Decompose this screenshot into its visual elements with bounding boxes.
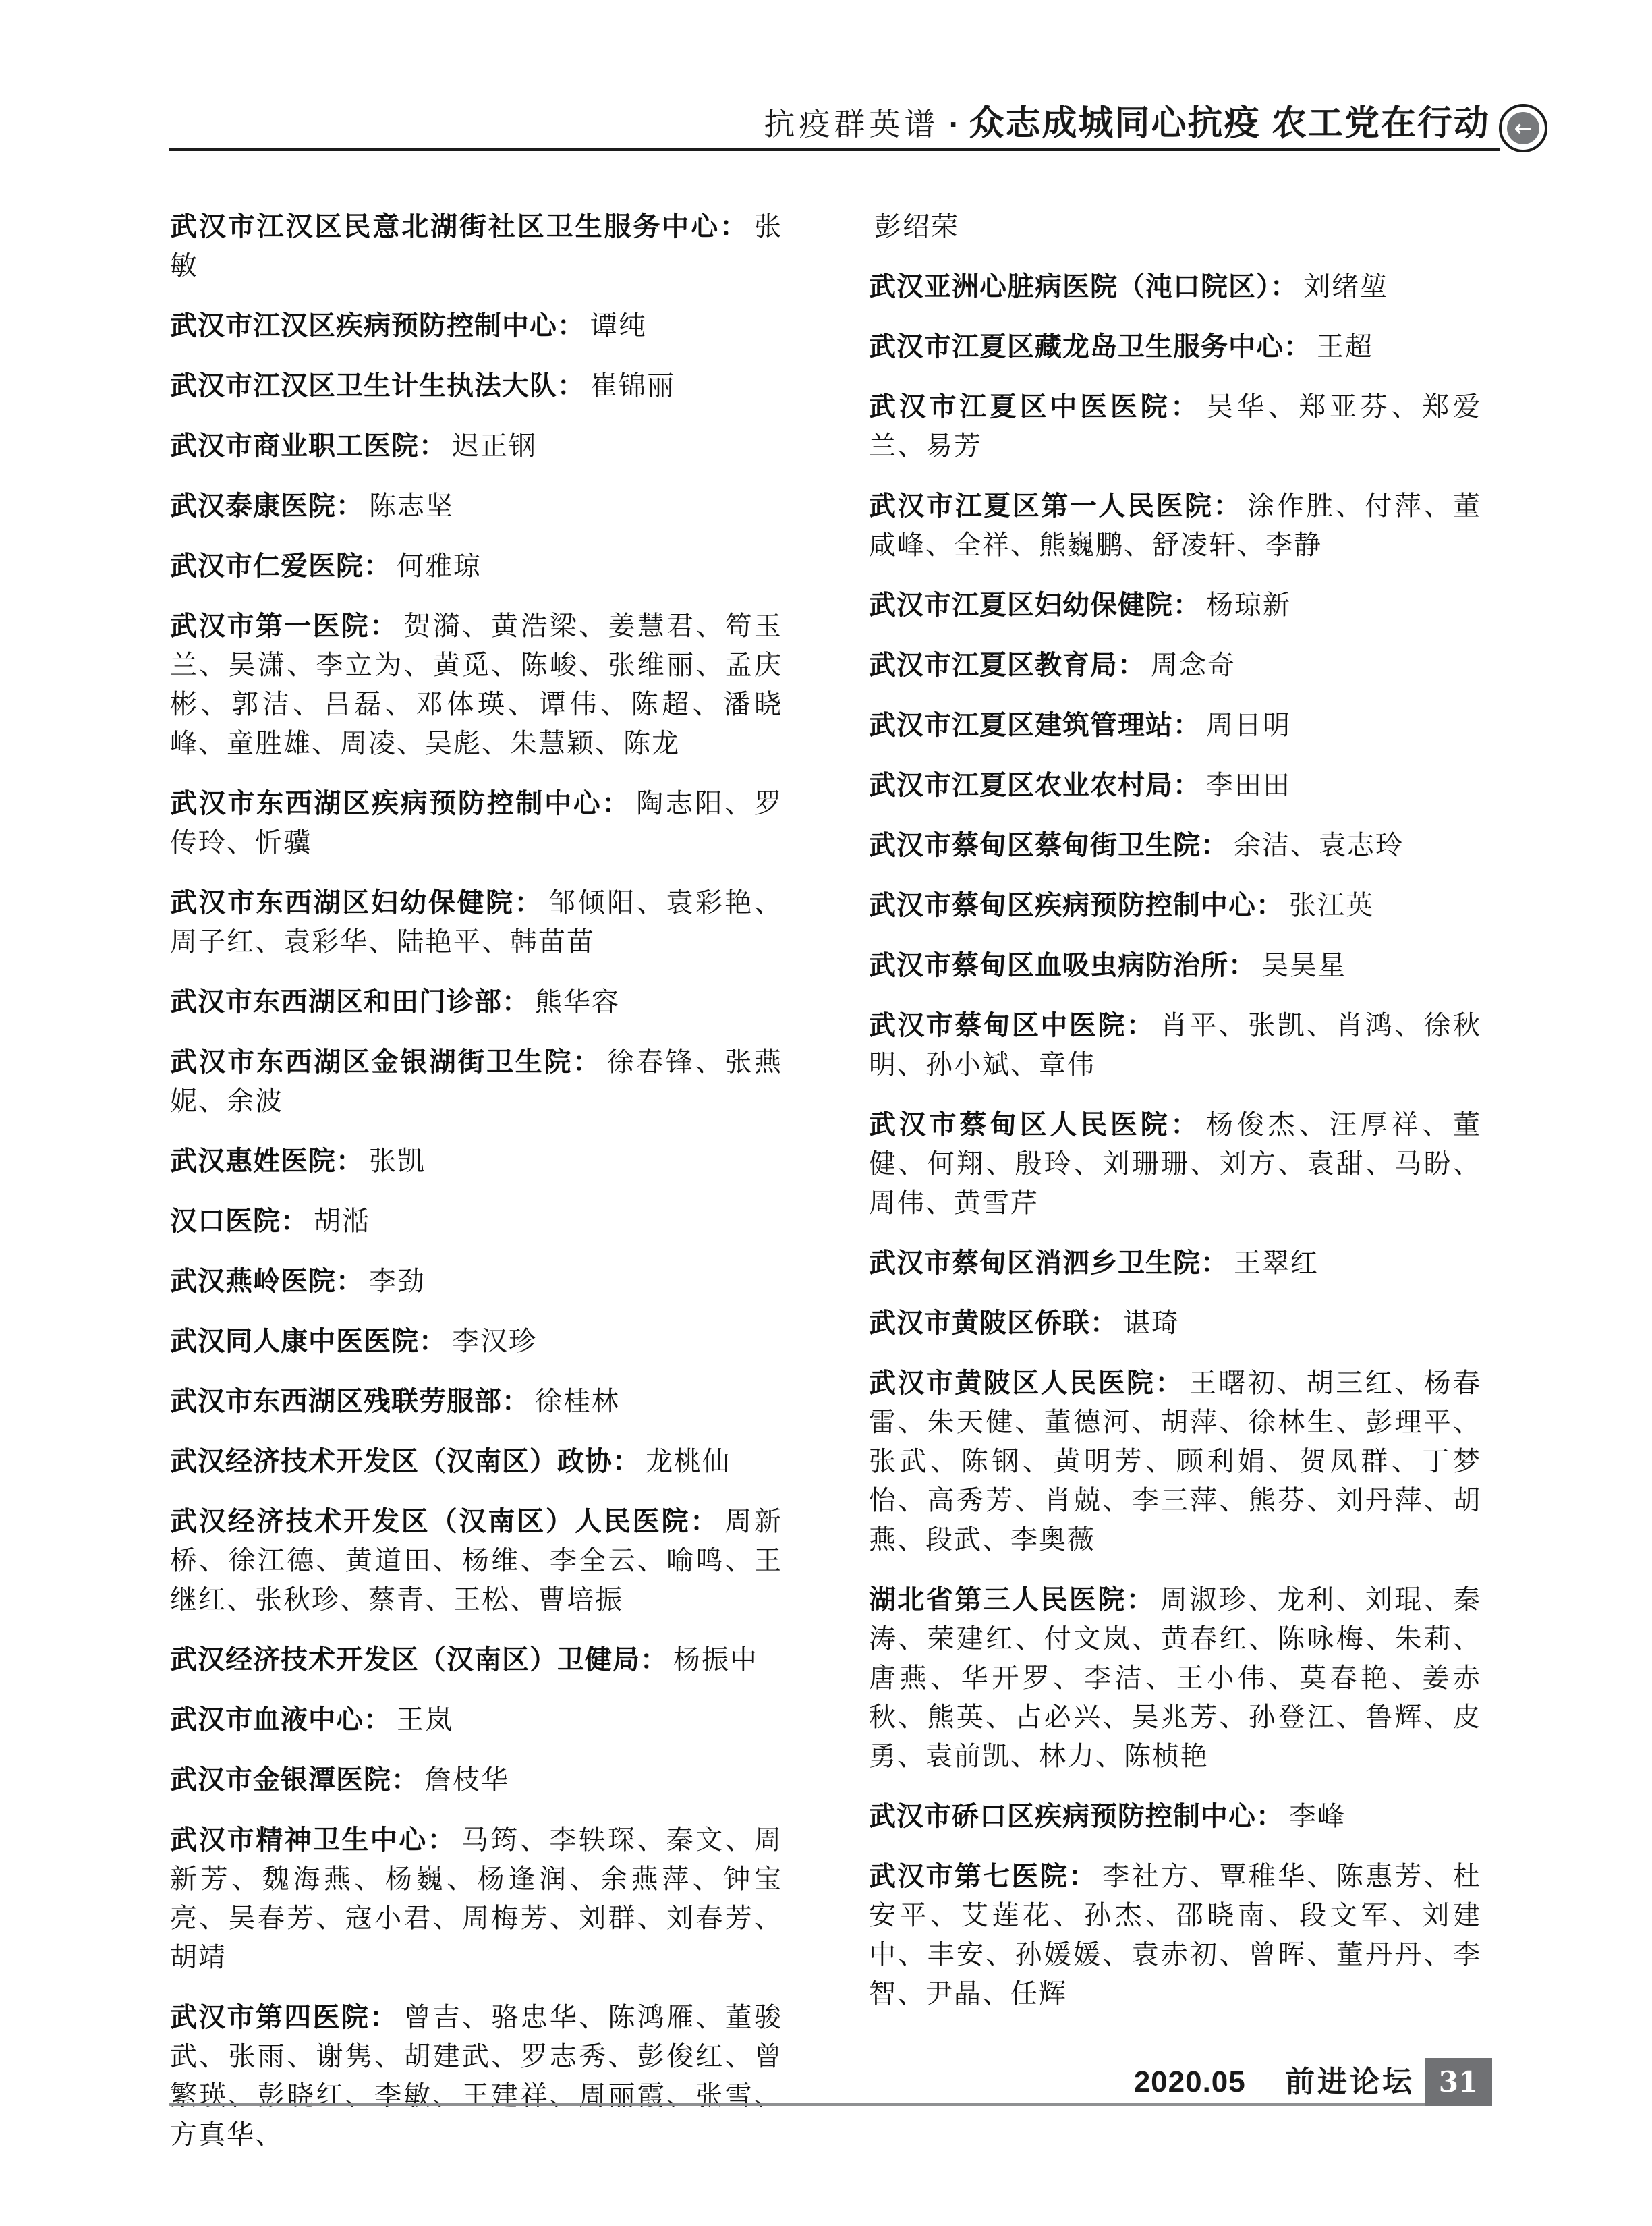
org-name: 武汉同人康中医医院： <box>170 1327 447 1356</box>
person-names: 张江英 <box>1289 890 1374 921</box>
roster-entry: 彭绍荣 <box>869 207 1481 246</box>
org-name: 武汉市江汉区民意北湖街社区卫生服务中心： <box>170 212 749 242</box>
roster-entry: 武汉市江夏区第一人民医院：涂作胜、付萍、董咸峰、全祥、熊巍鹏、舒凌轩、李静 <box>869 486 1481 565</box>
org-name: 武汉市第四医院： <box>170 2003 398 2032</box>
org-name: 武汉市血液中心： <box>170 1705 391 1735</box>
person-names: 彭绍荣 <box>874 211 959 242</box>
roster-entry: 武汉市东西湖区残联劳服部：徐桂林 <box>170 1382 782 1421</box>
roster-entry: 武汉亚洲心脏病医院（沌口院区）：刘绪堃 <box>869 267 1481 306</box>
roster-column-left: 武汉市江汉区民意北湖街社区卫生服务中心：张敏 武汉市江汉区疾病预防控制中心：谭纯… <box>170 207 782 2175</box>
org-name: 武汉市仁爱医院： <box>170 551 391 581</box>
org-name: 湖北省第三人民医院： <box>869 1585 1155 1615</box>
roster-entry: 武汉市江夏区农业农村局：李田田 <box>869 766 1481 805</box>
roster-entry: 武汉同人康中医医院：李汉珍 <box>170 1322 782 1361</box>
roster-entry: 武汉市东西湖区和田门诊部：熊华容 <box>170 982 782 1022</box>
footer-issue-date: 2020.05 <box>1134 2065 1246 2098</box>
person-names: 崔锦丽 <box>590 370 675 401</box>
org-name: 武汉市江夏区中医医院： <box>869 392 1201 422</box>
roster-entry: 武汉市蔡甸区蔡甸街卫生院：余洁、袁志玲 <box>869 826 1481 865</box>
org-name: 武汉亚洲心脏病医院（沌口院区）： <box>869 272 1298 302</box>
arrow-left-icon: ← <box>1507 112 1539 144</box>
roster-entry: 武汉市第一医院：贺漪、黄浩梁、姜慧君、笱玉兰、吴潇、李立为、黄觅、陈峻、张维丽、… <box>170 607 782 763</box>
person-names: 余洁、袁志玲 <box>1234 830 1404 861</box>
org-name: 武汉市江夏区妇幼保健院： <box>869 590 1201 620</box>
org-name: 武汉市金银潭医院： <box>170 1765 419 1795</box>
org-name: 武汉市江夏区建筑管理站： <box>869 711 1201 740</box>
org-name: 武汉市第一医院： <box>170 611 398 641</box>
roster-entry: 武汉市黄陂区侨联：谌琦 <box>869 1304 1481 1343</box>
org-name: 武汉市江夏区第一人民医院： <box>869 491 1242 521</box>
person-names: 谌琦 <box>1123 1308 1180 1339</box>
person-names: 胡湉 <box>314 1206 370 1237</box>
roster-entry: 武汉市东西湖区妇幼保健院：邹倾阳、袁彩艳、周子红、袁彩华、陆艳平、韩苗苗 <box>170 883 782 962</box>
org-name: 武汉市精神卫生中心： <box>170 1825 456 1855</box>
org-name: 武汉经济技术开发区（汉南区）人民医院： <box>170 1507 719 1536</box>
org-name: 武汉市东西湖区妇幼保健院： <box>170 888 543 918</box>
footer-rule-line <box>169 2103 1492 2106</box>
footer-journal-name: 前进论坛 <box>1285 2065 1415 2099</box>
roster-entry: 武汉市蔡甸区血吸虫病防治所：吴昊星 <box>869 946 1481 985</box>
roster-entry: 武汉市东西湖区金银湖街卫生院：徐春锋、张燕妮、余波 <box>170 1042 782 1121</box>
org-name: 武汉市蔡甸区人民医院： <box>869 1110 1201 1140</box>
roster-entry: 武汉市江汉区卫生计生执法大队：崔锦丽 <box>170 366 782 406</box>
org-name: 武汉市江夏区农业农村局： <box>869 771 1201 800</box>
roster-entry: 武汉市江夏区中医医院：吴华、郑亚芬、郑爱兰、易芳 <box>869 387 1481 466</box>
org-name: 武汉市蔡甸区血吸虫病防治所： <box>869 951 1256 980</box>
roster-entry: 武汉市东西湖区疾病预防控制中心：陶志阳、罗传玲、忻骥 <box>170 784 782 862</box>
person-names: 王翠红 <box>1234 1248 1319 1279</box>
person-names: 李劲 <box>369 1266 426 1297</box>
roster-entry: 武汉市黄陂区人民医院：王曙初、胡三红、杨春雷、朱天健、董德河、胡萍、徐林生、彭理… <box>869 1364 1481 1559</box>
person-names: 李汉珍 <box>452 1326 537 1357</box>
org-name: 武汉市东西湖区残联劳服部： <box>170 1387 530 1416</box>
org-name: 武汉市蔡甸区疾病预防控制中心： <box>869 891 1284 920</box>
roster-entry: 武汉市硚口区疾病预防控制中心：李峰 <box>869 1797 1481 1836</box>
roster-entry: 武汉燕岭医院：李劲 <box>170 1262 782 1301</box>
person-names: 刘绪堃 <box>1303 271 1388 302</box>
header-title-text: 众志成城同心抗疫 农工党在行动 <box>969 104 1490 143</box>
org-name: 武汉市东西湖区和田门诊部： <box>170 987 530 1017</box>
org-name: 武汉市江夏区教育局： <box>869 650 1145 680</box>
org-name: 武汉泰康医院： <box>170 491 364 521</box>
page-number-badge: 31 <box>1425 2058 1492 2106</box>
roster-entry: 武汉经济技术开发区（汉南区）人民医院：周新桥、徐江德、黄道田、杨维、李全云、喻鸣… <box>170 1502 782 1619</box>
magazine-page: 抗疫群英谱 · 众志成城同心抗疫 农工党在行动 ← 武汉市江汉区民意北湖街社区卫… <box>0 0 1652 2226</box>
roster-entry: 武汉市蔡甸区消泗乡卫生院：王翠红 <box>869 1244 1481 1283</box>
roster-entry: 武汉市江夏区妇幼保健院：杨琼新 <box>869 586 1481 625</box>
roster-entry: 武汉市蔡甸区人民医院：杨俊杰、汪厚祥、董健、何翔、殷玲、刘珊珊、刘方、袁甜、马盼… <box>869 1105 1481 1223</box>
header-separator-dot: · <box>949 107 959 142</box>
org-name: 武汉燕岭医院： <box>170 1267 364 1296</box>
roster-entry: 武汉市江夏区建筑管理站：周日明 <box>869 706 1481 745</box>
person-names: 周日明 <box>1206 710 1291 741</box>
person-names: 王超 <box>1317 331 1373 362</box>
person-names: 何雅琼 <box>397 551 482 582</box>
roster-entry: 武汉市江夏区教育局：周念奇 <box>869 646 1481 685</box>
roster-entry: 武汉市血液中心：王岚 <box>170 1700 782 1740</box>
org-name: 武汉市黄陂区人民医院： <box>869 1368 1184 1398</box>
roster-entry: 武汉市蔡甸区中医院：肖平、张凯、肖鸿、徐秋明、孙小斌、章伟 <box>869 1006 1481 1084</box>
person-names: 周念奇 <box>1151 650 1236 681</box>
person-names: 杨振中 <box>673 1644 758 1675</box>
roster-entry: 武汉市江汉区民意北湖街社区卫生服务中心：张敏 <box>170 207 782 285</box>
roster-entry: 武汉市第四医院：曾吉、骆忠华、陈鸿雁、董骏武、张雨、谢隽、胡建武、罗志秀、彭俊红… <box>170 1998 782 2154</box>
roster-entry: 武汉泰康医院：陈志坚 <box>170 486 782 526</box>
person-names: 熊华容 <box>535 986 620 1018</box>
org-name: 武汉经济技术开发区（汉南区）政协： <box>170 1447 640 1476</box>
roster-entry: 武汉市江汉区疾病预防控制中心：谭纯 <box>170 306 782 345</box>
header-rule-line <box>169 148 1500 151</box>
org-name: 武汉市商业职工医院： <box>170 431 447 461</box>
header-series-label: 抗疫群英谱 <box>764 106 939 142</box>
person-names: 吴昊星 <box>1261 950 1346 981</box>
org-name: 武汉惠姓医院： <box>170 1146 364 1176</box>
person-names: 张凯 <box>369 1146 426 1177</box>
org-name: 武汉市蔡甸区中医院： <box>869 1011 1155 1040</box>
roster-entry: 湖北省第三人民医院：周淑珍、龙利、刘琨、秦涛、荣建红、付文岚、黄春红、陈咏梅、朱… <box>869 1580 1481 1776</box>
roster-entry: 武汉市金银潭医院：詹枝华 <box>170 1760 782 1800</box>
person-names: 谭纯 <box>590 310 647 341</box>
person-names: 龙桃仙 <box>646 1446 731 1477</box>
roster-entry: 武汉经济技术开发区（汉南区）政协：龙桃仙 <box>170 1442 782 1481</box>
person-names: 陈志坚 <box>369 491 454 522</box>
back-loop-icon: ← <box>1499 104 1547 152</box>
footer-meta: 2020.05 前进论坛 <box>1134 2062 1415 2103</box>
roster-entry: 武汉市蔡甸区疾病预防控制中心：张江英 <box>869 886 1481 925</box>
person-names: 杨琼新 <box>1206 590 1291 621</box>
person-names: 王岚 <box>397 1704 453 1735</box>
org-name: 汉口医院： <box>170 1206 308 1236</box>
roster-entry: 武汉经济技术开发区（汉南区）卫健局：杨振中 <box>170 1640 782 1679</box>
roster-entry: 武汉市江夏区藏龙岛卫生服务中心：王超 <box>869 327 1481 366</box>
person-names: 李峰 <box>1289 1801 1346 1832</box>
person-names: 徐桂林 <box>535 1386 620 1417</box>
org-name: 武汉市蔡甸区蔡甸街卫生院： <box>869 831 1228 860</box>
org-name: 武汉经济技术开发区（汉南区）卫健局： <box>170 1645 668 1675</box>
roster-entry: 武汉市第七医院：李社方、覃稚华、陈惠芳、杜安平、艾莲花、孙杰、邵晓南、段文军、刘… <box>869 1857 1481 2013</box>
page-header: 抗疫群英谱 · 众志成城同心抗疫 农工党在行动 <box>764 101 1490 155</box>
org-name: 武汉市东西湖区金银湖街卫生院： <box>170 1047 602 1077</box>
person-names: 詹枝华 <box>424 1764 509 1796</box>
person-names: 迟正钢 <box>452 430 537 462</box>
org-name: 武汉市江汉区卫生计生执法大队： <box>170 371 585 401</box>
roster-entry: 武汉惠姓医院：张凯 <box>170 1142 782 1181</box>
org-name: 武汉市第七医院： <box>869 1862 1097 1891</box>
roster-entry: 武汉市精神卫生中心：马筠、李轶琛、秦文、周新芳、魏海燕、杨巍、杨逢润、余燕萍、钟… <box>170 1820 782 1977</box>
org-name: 武汉市蔡甸区消泗乡卫生院： <box>869 1248 1228 1278</box>
org-name: 武汉市硚口区疾病预防控制中心： <box>869 1802 1284 1831</box>
roster-entry: 汉口医院：胡湉 <box>170 1202 782 1241</box>
person-names: 李田田 <box>1206 770 1291 801</box>
roster-entry: 武汉市商业职工医院：迟正钢 <box>170 426 782 466</box>
roster-entry: 武汉市仁爱医院：何雅琼 <box>170 547 782 586</box>
org-name: 武汉市江夏区藏龙岛卫生服务中心： <box>869 332 1311 362</box>
roster-column-right: 彭绍荣 武汉亚洲心脏病医院（沌口院区）：刘绪堃 武汉市江夏区藏龙岛卫生服务中心：… <box>869 207 1481 2034</box>
org-name: 武汉市东西湖区疾病预防控制中心： <box>170 789 631 818</box>
org-name: 武汉市黄陂区侨联： <box>869 1308 1118 1338</box>
org-name: 武汉市江汉区疾病预防控制中心： <box>170 311 585 341</box>
